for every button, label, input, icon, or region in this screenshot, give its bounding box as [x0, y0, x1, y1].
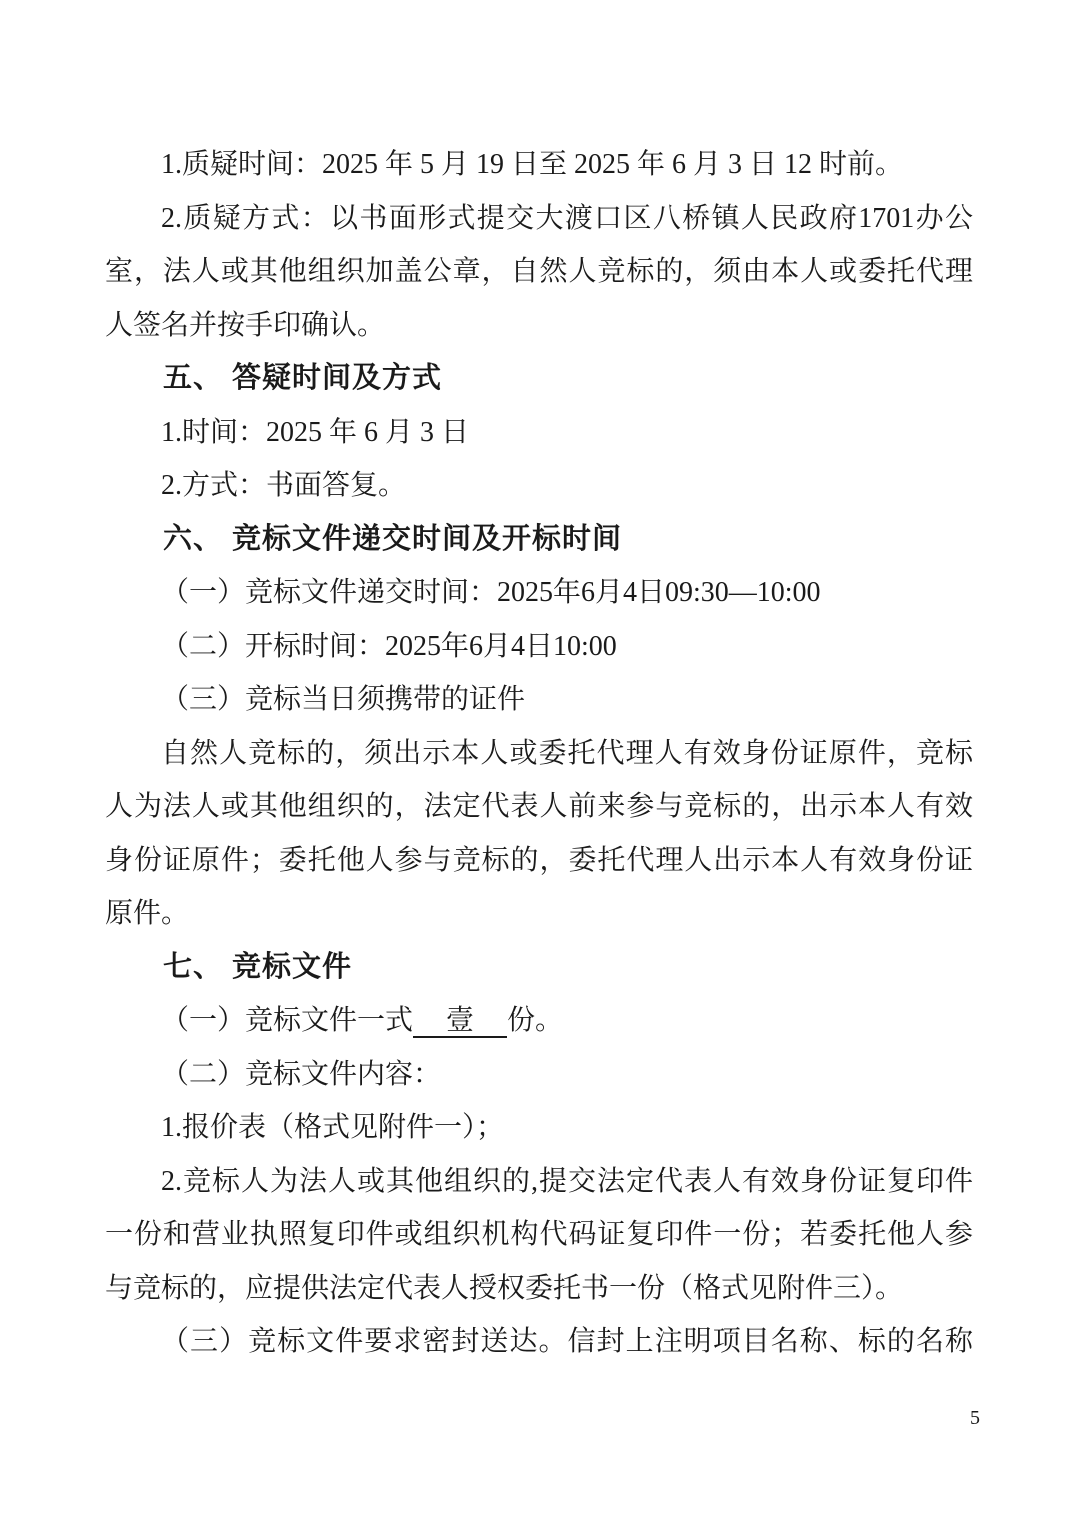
paragraph-line: （一）竞标文件一式 壹 份。	[105, 994, 973, 1048]
paragraph-line: （一）竞标文件递交时间：2025年6月4日09:30—10:00	[105, 566, 973, 620]
paragraph-line: 自然人竞标的，须出示本人或委托代理人有效身份证原件，竞标	[105, 727, 973, 781]
text-run: 份。	[507, 1005, 563, 1036]
paragraph-line: 一份和营业执照复印件或组织机构代码证复印件一份；若委托他人参	[105, 1208, 973, 1262]
paragraph-line: 1.质疑时间：2025 年 5 月 19 日至 2025 年 6 月 3 日 1…	[105, 138, 973, 192]
paragraph-line: 2.方式：书面答复。	[105, 459, 973, 513]
paragraph-line: 原件。	[105, 887, 973, 941]
paragraph-line: （三）竞标当日须携带的证件	[105, 673, 973, 727]
paragraph-line: 室，法人或其他组织加盖公章，自然人竞标的，须由本人或委托代理	[105, 245, 973, 299]
paragraph-line: （二）竞标文件内容：	[105, 1048, 973, 1102]
section-heading: 七、 竞标文件	[105, 941, 973, 995]
section-heading: 五、 答疑时间及方式	[105, 352, 973, 406]
paragraph-line: 1.报价表（格式见附件一）；	[105, 1101, 973, 1155]
section-heading: 六、 竞标文件递交时间及开标时间	[105, 513, 973, 567]
paragraph-line: 1.时间：2025 年 6 月 3 日	[105, 406, 973, 460]
paragraph-line: 人为法人或其他组织的，法定代表人前来参与竞标的，出示本人有效	[105, 780, 973, 834]
paragraph-line: 2.竞标人为法人或其他组织的,提交法定代表人有效身份证复印件	[105, 1155, 973, 1209]
paragraph-line: 与竞标的，应提供法定代表人授权委托书一份（格式见附件三）。	[105, 1262, 973, 1316]
document-page: 1.质疑时间：2025 年 5 月 19 日至 2025 年 6 月 3 日 1…	[0, 0, 1074, 1520]
document-body: 1.质疑时间：2025 年 5 月 19 日至 2025 年 6 月 3 日 1…	[105, 138, 973, 1369]
fill-in-blank-underline: 壹	[413, 1005, 507, 1038]
paragraph-line: 人签名并按手印确认。	[105, 299, 973, 353]
paragraph-line: （二）开标时间：2025年6月4日10:00	[105, 620, 973, 674]
page-number: 5	[970, 1408, 980, 1428]
paragraph-line: 2.质疑方式：以书面形式提交大渡口区八桥镇人民政府1701办公	[105, 192, 973, 246]
paragraph-line: （三）竞标文件要求密封送达。信封上注明项目名称、标的名称	[105, 1315, 973, 1369]
paragraph-line: 身份证原件；委托他人参与竞标的，委托代理人出示本人有效身份证	[105, 834, 973, 888]
text-run: （一）竞标文件一式	[161, 1005, 413, 1036]
